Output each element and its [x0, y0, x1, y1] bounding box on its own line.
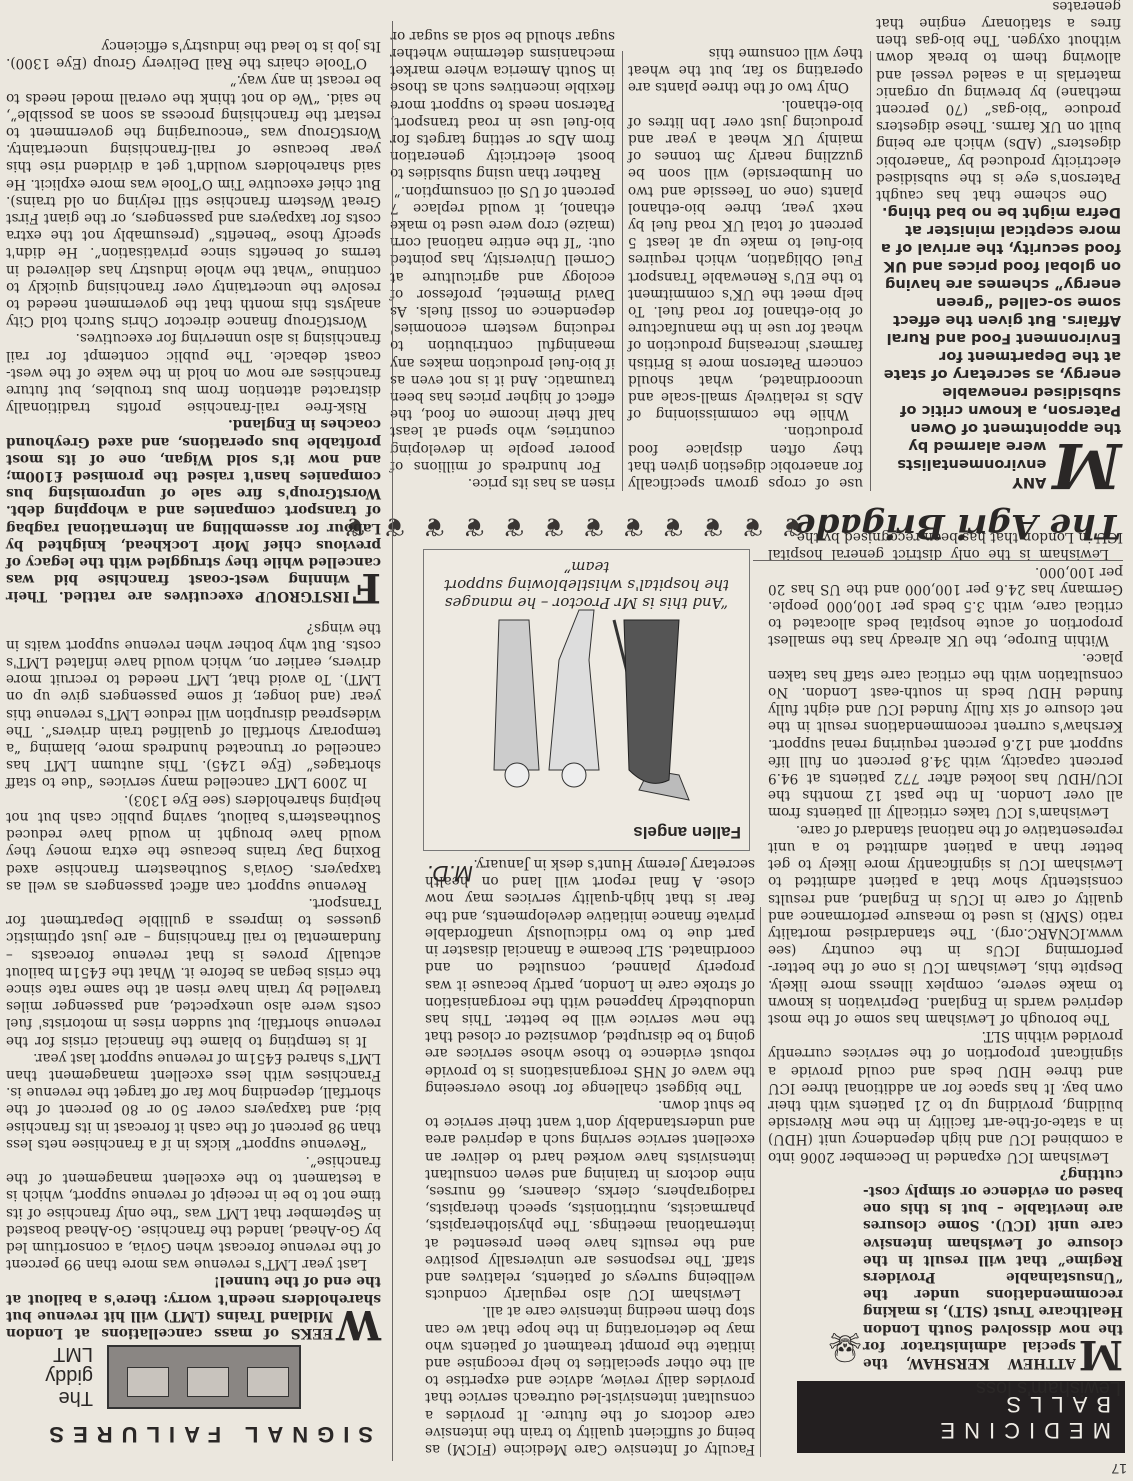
paragraph: It is tempting to blame the financial cr… [6, 894, 381, 1049]
section-divider [753, 560, 1123, 561]
signal-failures-kicker: SIGNAL FAILURES [40, 1421, 373, 1447]
dropcap: F [353, 570, 381, 604]
paragraph: “Revenue support” kicks in if a franchis… [6, 1049, 381, 1152]
column-divider [760, 907, 761, 1457]
column-divider [622, 51, 623, 491]
paragraph: Revenue support can affect passengers as… [6, 791, 381, 894]
paragraph: Lewisham ICU also regularly conducts wel… [425, 1096, 755, 1302]
paragraph: Faculty of Intensive Care Medicine (FICM… [425, 1302, 755, 1457]
medicine-balls-lead: MATTHEW KERSHAW, the special administrat… [863, 1165, 1123, 1371]
agri-brigade-title: The Agri Brigade [794, 506, 1121, 546]
paragraph: WorstGroup finance director Chris Surch … [6, 71, 381, 329]
dropcap: W [336, 1307, 381, 1341]
page-number: 17 [1111, 1461, 1127, 1477]
medicine-balls-col1: MATTHEW KERSHAW, the special administrat… [768, 528, 1123, 1371]
paragraph: O'Toole chairs the Rail Delivery Group (… [6, 37, 381, 71]
lewisham-headline: Lewisham's loss [976, 1377, 1121, 1399]
lead-text: EEKS of mass cancellations at London Mid… [6, 1273, 381, 1341]
paragraph: Lewisham ICU expanded in December 2006 i… [768, 1027, 1123, 1165]
fallen-angels-cartoon: Fallen angels “And this is Mr Proctor – … [423, 549, 750, 851]
paragraph: The biggest challenge for those overseei… [425, 855, 755, 1096]
lmt-lead: WEEKS of mass cancellations at London Mi… [6, 1272, 381, 1341]
cartoon-title: Fallen angels [633, 822, 741, 842]
paragraph: risen as has its price. [390, 474, 615, 491]
cartoon-illustration-icon [459, 600, 709, 810]
signal-failures-col: WEEKS of mass cancellations at London Mi… [6, 37, 381, 1341]
wheat-ears-decoration-icon: ❦❦❦❦❦❦❦❦❦❦❦❦ [326, 511, 803, 541]
column-divider [870, 51, 871, 491]
paragraph: In 2009 LMT cancelled many services “due… [6, 618, 381, 790]
dropcap: M [1052, 439, 1121, 491]
paragraph: Rather than using subsidies to boost ele… [390, 27, 615, 182]
paragraph: Within Europe, the UK already has the sm… [768, 562, 1123, 648]
medicine-balls-col2: Faculty of Intensive Care Medicine (FICM… [425, 855, 755, 1457]
paragraph: The borough of Lewisham has some of the … [768, 821, 1123, 1027]
newspaper-page: 17 MEDICINE BALLS Lewisham's loss ☠ MATT… [0, 0, 1133, 1481]
giddy-lmt-headline: The giddy LMT [8, 1343, 93, 1409]
train-illustration-icon [107, 1345, 301, 1409]
agri-col2: use of crops grown specifically for anae… [628, 44, 863, 491]
agri-col3: risen as has its price. For hundreds of … [390, 27, 615, 491]
paragraph: use of crops grown specifically for anae… [628, 422, 863, 491]
paragraph: Risk-free rail-franchise profits traditi… [6, 329, 381, 415]
lead-text: IRSTGROUP executives are rattled. Their … [6, 416, 381, 604]
paragraph: For hundreds of millions of poorer peopl… [390, 181, 615, 473]
paragraph: Lewisham's ICU takes critically ill pati… [768, 648, 1123, 820]
byline: M.D. [427, 860, 473, 886]
cartoon-caption: “And this is Mr Proctor – he manages the… [434, 558, 739, 612]
section-divider-vertical [392, 21, 393, 1461]
paragraph: Only two of the three plants are operati… [628, 44, 863, 96]
agri-lead: MANY environmentalists were alarmed by t… [876, 203, 1121, 491]
firstgroup-lead: FIRSTGROUP executives are rattled. Their… [6, 415, 381, 604]
agri-col1: MANY environmentalists were alarmed by t… [876, 0, 1121, 491]
dropcap: M [1079, 1337, 1123, 1371]
paragraph: One scheme that has caught Paterson's ey… [876, 0, 1121, 203]
paragraph: Last year LMT's revenue was more than 99… [6, 1152, 381, 1272]
paragraph: While the commissioning of ADs is relati… [628, 95, 863, 422]
